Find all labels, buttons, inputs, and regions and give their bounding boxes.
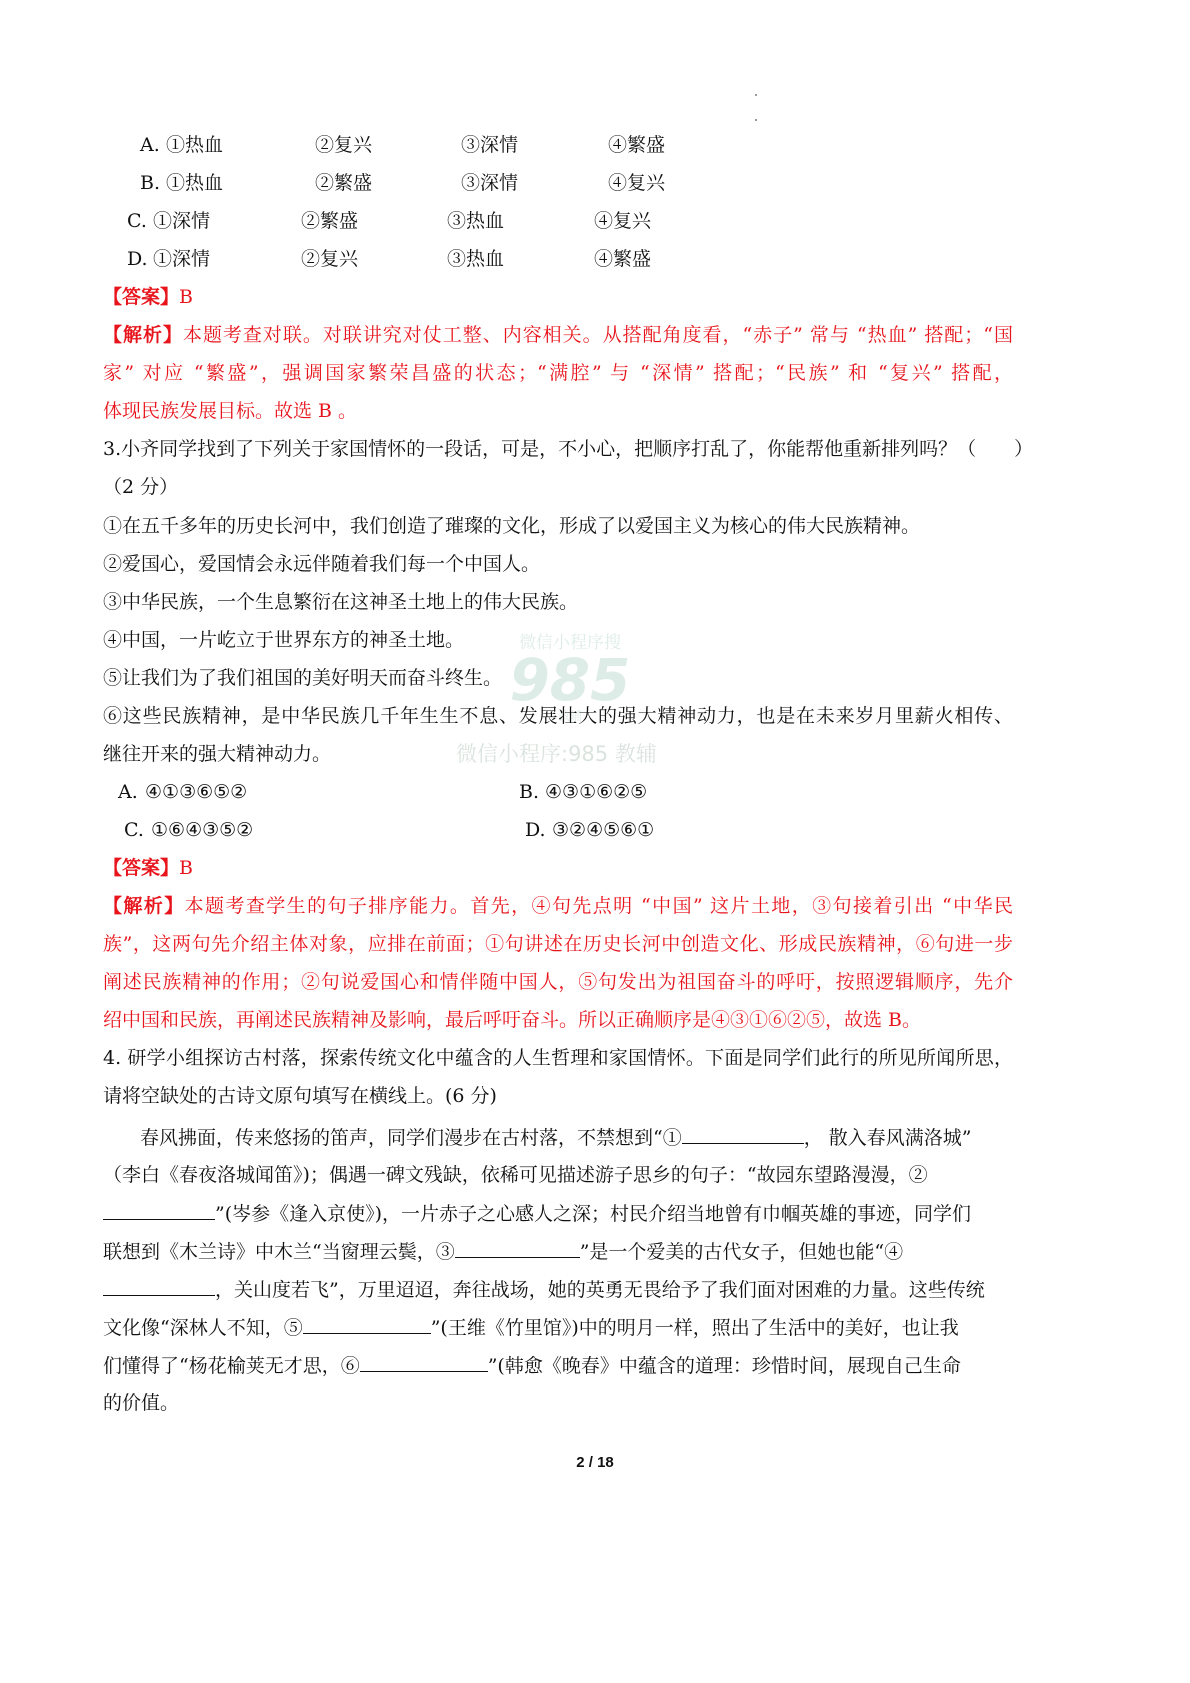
passage-text: ”(韩愈《晚春》中蕴含的道理：珍惜时间，展现自己生命 (488, 1355, 961, 1377)
answer-label: 【答案】 (103, 286, 179, 308)
page-number: 2 / 18 (0, 1454, 1190, 1471)
passage-text: ”(王维《竹里馆》)中的明月一样，照出了生活中的美好，也让我 (431, 1317, 959, 1339)
q3-sentence-2: ②爱国心，爱国情会永远伴随着我们每一个中国人。 (103, 552, 1013, 576)
blank-6[interactable] (360, 1353, 488, 1372)
q3-sentence-6: ⑥这些民族精神，是中华民族几千年生生不息、发展壮大的强大精神动力，也是在未来岁月… (103, 704, 1013, 728)
q4-passage-line-4: 联想到《木兰诗》中木兰“当窗理云鬓，③”是一个爱美的古代女子，但她也能“④ (103, 1239, 1013, 1264)
q3-sentence-5: ⑤让我们为了我们祖国的美好明天而奋斗终生。 (103, 666, 1013, 690)
q3-sentence-4: ④中国，一片屹立于世界东方的神圣土地。 (103, 628, 1013, 652)
option-item: ①热血 (166, 171, 223, 195)
passage-text: 联想到《木兰诗》中木兰“当窗理云鬓，③ (103, 1241, 455, 1263)
option-item: ③深情 (461, 171, 518, 195)
analysis-text: 本题考查对联。对联讲究对仗工整、内容相关。从搭配角度看，“赤子” 常与 “热血”… (183, 324, 1013, 346)
answer-value: B (179, 286, 193, 308)
option-item: ①热血 (166, 133, 223, 157)
passage-text: ，关山度若飞”，万里迢迢，奔往战场，她的英勇无畏给予了我们面对困难的力量。这些传… (215, 1279, 985, 1301)
passage-text: 们懂得了“杨花榆荚无才思，⑥ (103, 1355, 360, 1377)
blank-1[interactable] (682, 1125, 804, 1144)
option-letter: A. (118, 780, 138, 804)
q3-analysis-line-2: 族”，这两句先介绍主体对象，应排在前面；①句讲述在历史长河中创造文化、形成民族精… (103, 932, 1013, 956)
option-letter: D. (127, 247, 148, 271)
q3-sentence-3: ③中华民族，一个生息繁衍在这神圣土地上的伟大民族。 (103, 590, 1013, 614)
passage-text: ”(岑参《逢入京使》)，一片赤子之心感人之深；村民介绍当地曾有巾帼英雄的事迹，同… (215, 1203, 971, 1225)
option-item: ②繁盛 (301, 209, 358, 233)
option-item: ③热血 (447, 247, 504, 271)
q3-analysis-line-4: 绍中国和民族，再阐述民族精神及影响，最后呼吁奋斗。所以正确顺序是④③①⑥②⑤，故… (103, 1008, 1013, 1032)
passage-text: 春风拂面，传来悠扬的笛声，同学们漫步在古村落，不禁想到“① (140, 1127, 682, 1149)
q2-analysis-line-2: 家” 对应 “繁盛”，强调国家繁荣昌盛的状态；“满腔” 与 “深情” 搭配；“民… (103, 361, 1013, 385)
document-page: 微信小程序搜 985 教辅 微信小程序:985 教辅 A. ①热血 ②复兴 ③深… (0, 0, 1190, 1683)
option-item: ③深情 (461, 133, 518, 157)
q2-analysis-line-1: 【解析】本题考查对联。对联讲究对仗工整、内容相关。从搭配角度看，“赤子” 常与 … (103, 323, 1013, 347)
q3-stem-line-2: （2 分） (103, 475, 1013, 499)
option-value: ③②④⑤⑥① (552, 818, 654, 842)
q3-sentence-1: ①在五千多年的历史长河中，我们创造了璀璨的文化，形成了以爱国主义为核心的伟大民族… (103, 514, 1013, 538)
q4-passage-line-7: 们懂得了“杨花榆荚无才思，⑥”(韩愈《晚春》中蕴含的道理：珍惜时间，展现自己生命 (103, 1353, 1013, 1378)
option-value: ④③①⑥②⑤ (545, 780, 647, 804)
answer-value: B (179, 857, 193, 879)
q4-passage-line-5: ，关山度若飞”，万里迢迢，奔往战场，她的英勇无畏给予了我们面对困难的力量。这些传… (103, 1277, 1013, 1302)
q4-stem-line-2: 请将空缺处的古诗文原句填写在横线上。(6 分) (103, 1084, 1013, 1108)
option-letter: C. (124, 818, 144, 842)
passage-text: ”是一个爱美的古代女子，但她也能“④ (580, 1241, 903, 1263)
option-value: ④①③⑥⑤② (145, 780, 247, 804)
option-item: ①深情 (153, 247, 210, 271)
q3-answer: 【答案】B (103, 856, 1013, 880)
option-item: ②复兴 (315, 133, 372, 157)
speck-mark (755, 119, 757, 121)
option-item: ①深情 (153, 209, 210, 233)
option-item: ②复兴 (301, 247, 358, 271)
q3-stem-line-1: 3.小齐同学找到了下列关于家国情怀的一段话，可是，不小心，把顺序打乱了，你能帮他… (103, 437, 1013, 461)
option-item: ③热血 (447, 209, 504, 233)
option-letter: B. (140, 171, 160, 195)
q4-stem-line-1: 4. 研学小组探访古村落，探索传统文化中蕴含的人生哲理和家国情怀。下面是同学们此… (103, 1046, 1013, 1070)
q3-sentence-6-cont: 继往开来的强大精神动力。 (103, 742, 1013, 766)
passage-text: ， 散入春风满洛城” (804, 1127, 972, 1149)
option-item: ②繁盛 (315, 171, 372, 195)
option-value: ①⑥④③⑤② (151, 818, 253, 842)
blank-4[interactable] (103, 1277, 215, 1296)
q2-analysis-line-3: 体现民族发展目标。故选 B 。 (103, 399, 1013, 423)
analysis-text: 本题考查学生的句子排序能力。首先，④句先点明 “中国” 这片土地，③句接着引出 … (185, 895, 1013, 917)
q4-passage-line-2: （李白《春夜洛城闻笛》)；偶遇一碑文残缺，依稀可见描述游子思乡的句子：“故园东望… (103, 1163, 1013, 1187)
q4-passage-line-8: 的价值。 (103, 1391, 1013, 1415)
blank-2[interactable] (103, 1201, 215, 1220)
option-letter: D. (525, 818, 546, 842)
option-item: ④繁盛 (608, 133, 665, 157)
q4-passage-line-6: 文化像“深林人不知，⑤”(王维《竹里馆》)中的明月一样，照出了生活中的美好，也让… (103, 1315, 1013, 1340)
q3-analysis-line-1: 【解析】本题考查学生的句子排序能力。首先，④句先点明 “中国” 这片土地，③句接… (103, 894, 1013, 918)
q3-analysis-line-3: 阐述民族精神的作用；②句说爱国心和情伴随中国人，⑤句发出为祖国奋斗的呼吁，按照逻… (103, 970, 1013, 994)
q2-answer: 【答案】B (103, 285, 1013, 309)
option-letter: C. (127, 209, 147, 233)
option-letter: B. (519, 780, 539, 804)
option-item: ④复兴 (594, 209, 651, 233)
q4-passage-line-1: 春风拂面，传来悠扬的笛声，同学们漫步在古村落，不禁想到“①， 散入春风满洛城” (140, 1125, 1013, 1150)
speck-mark (755, 94, 757, 96)
blank-3[interactable] (455, 1239, 580, 1258)
passage-text: 文化像“深林人不知，⑤ (103, 1317, 303, 1339)
option-item: ④复兴 (608, 171, 665, 195)
analysis-label: 【解析】 (103, 895, 185, 917)
analysis-label: 【解析】 (103, 324, 183, 346)
blank-5[interactable] (303, 1315, 431, 1334)
option-item: ④繁盛 (594, 247, 651, 271)
q4-passage-line-3: ”(岑参《逢入京使》)，一片赤子之心感人之深；村民介绍当地曾有巾帼英雄的事迹，同… (103, 1201, 1013, 1226)
option-letter: A. (140, 133, 160, 157)
answer-label: 【答案】 (103, 857, 179, 879)
